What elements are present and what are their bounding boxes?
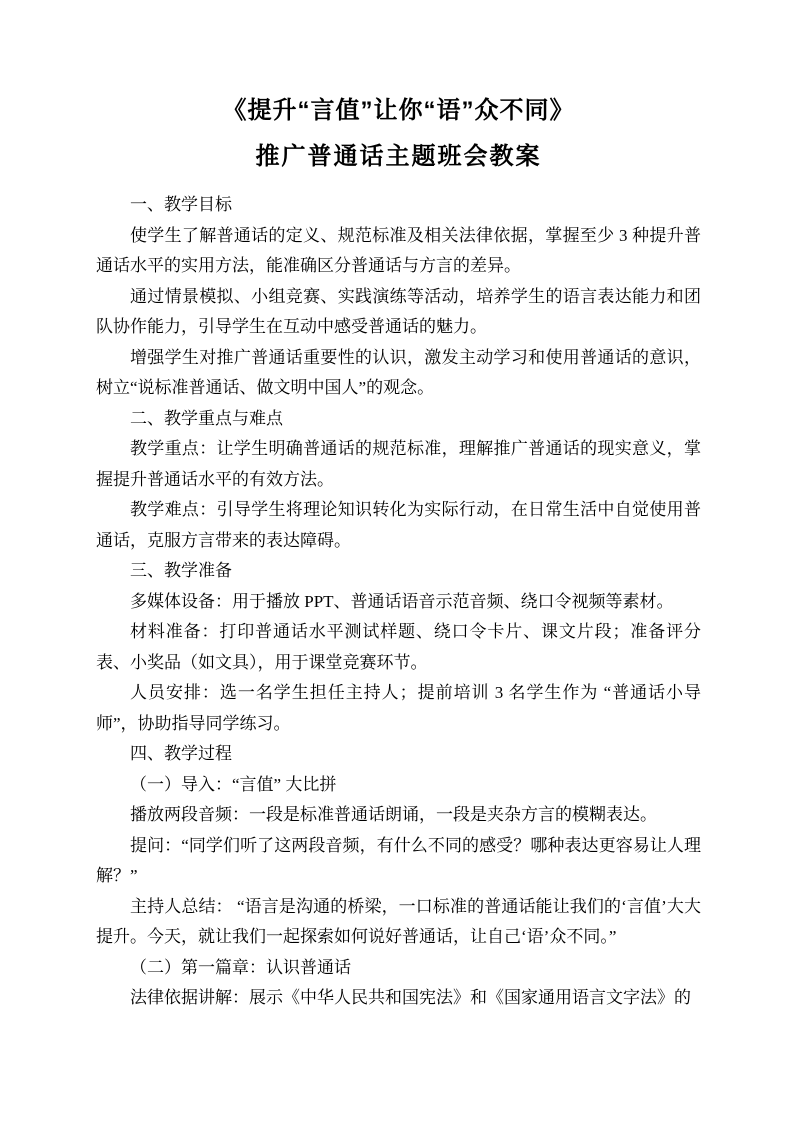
- paragraph: 法律依据讲解：展示《中华人民共和国宪法》和《国家通用语言文字法》的: [96, 983, 701, 1014]
- paragraph: 人员安排：选一名学生担任主持人；提前培训 3 名学生作为 “普通话小导师”，协助…: [96, 678, 701, 739]
- paragraph: 材料准备：打印普通话水平测试样题、绕口令卡片、课文片段；准备评分表、小奖品（如文…: [96, 617, 701, 678]
- paragraph: 播放两段音频：一段是标准普通话朗诵，一段是夹杂方言的模糊表达。: [96, 800, 701, 831]
- paragraph: 通过情景模拟、小组竞赛、实践演练等活动，培养学生的语言表达能力和团队协作能力，引…: [96, 282, 701, 343]
- paragraph: 教学难点：引导学生将理论知识转化为实际行动，在日常生活中自觉使用普通话，克服方言…: [96, 495, 701, 556]
- paragraph: （一）导入：“言值” 大比拼: [96, 770, 701, 801]
- paragraph: 主持人总结： “语言是沟通的桥梁，一口标准的普通话能让我们的‘言值’大大提升。今…: [96, 892, 701, 953]
- paragraph: 教学重点：让学生明确普通话的规范标准，理解推广普通话的现实意义，掌握提升普通话水…: [96, 434, 701, 495]
- paragraph: 二、教学重点与难点: [96, 404, 701, 435]
- document-body: 一、教学目标使学生了解普通话的定义、规范标准及相关法律依据，掌握至少 3 种提升…: [96, 190, 701, 1014]
- paragraph: 一、教学目标: [96, 190, 701, 221]
- paragraph: 四、教学过程: [96, 739, 701, 770]
- paragraph: 提问：“同学们听了这两段音频，有什么不同的感受？哪种表达更容易让人理解？”: [96, 831, 701, 892]
- paragraph: 多媒体设备：用于播放 PPT、普通话语音示范音频、绕口令视频等素材。: [96, 587, 701, 618]
- paragraph: 增强学生对推广普通话重要性的认识，激发主动学习和使用普通话的意识，树立“说标准普…: [96, 343, 701, 404]
- document-title: 《提升“言值”让你“语”众不同》: [96, 88, 701, 134]
- paragraph: 三、教学准备: [96, 556, 701, 587]
- paragraph: （二）第一篇章：认识普通话: [96, 953, 701, 984]
- document-subtitle: 推广普通话主题班会教案: [96, 134, 701, 180]
- paragraph: 使学生了解普通话的定义、规范标准及相关法律依据，掌握至少 3 种提升普通话水平的…: [96, 221, 701, 282]
- document-page: 《提升“言值”让你“语”众不同》 推广普通话主题班会教案 一、教学目标使学生了解…: [0, 0, 793, 1122]
